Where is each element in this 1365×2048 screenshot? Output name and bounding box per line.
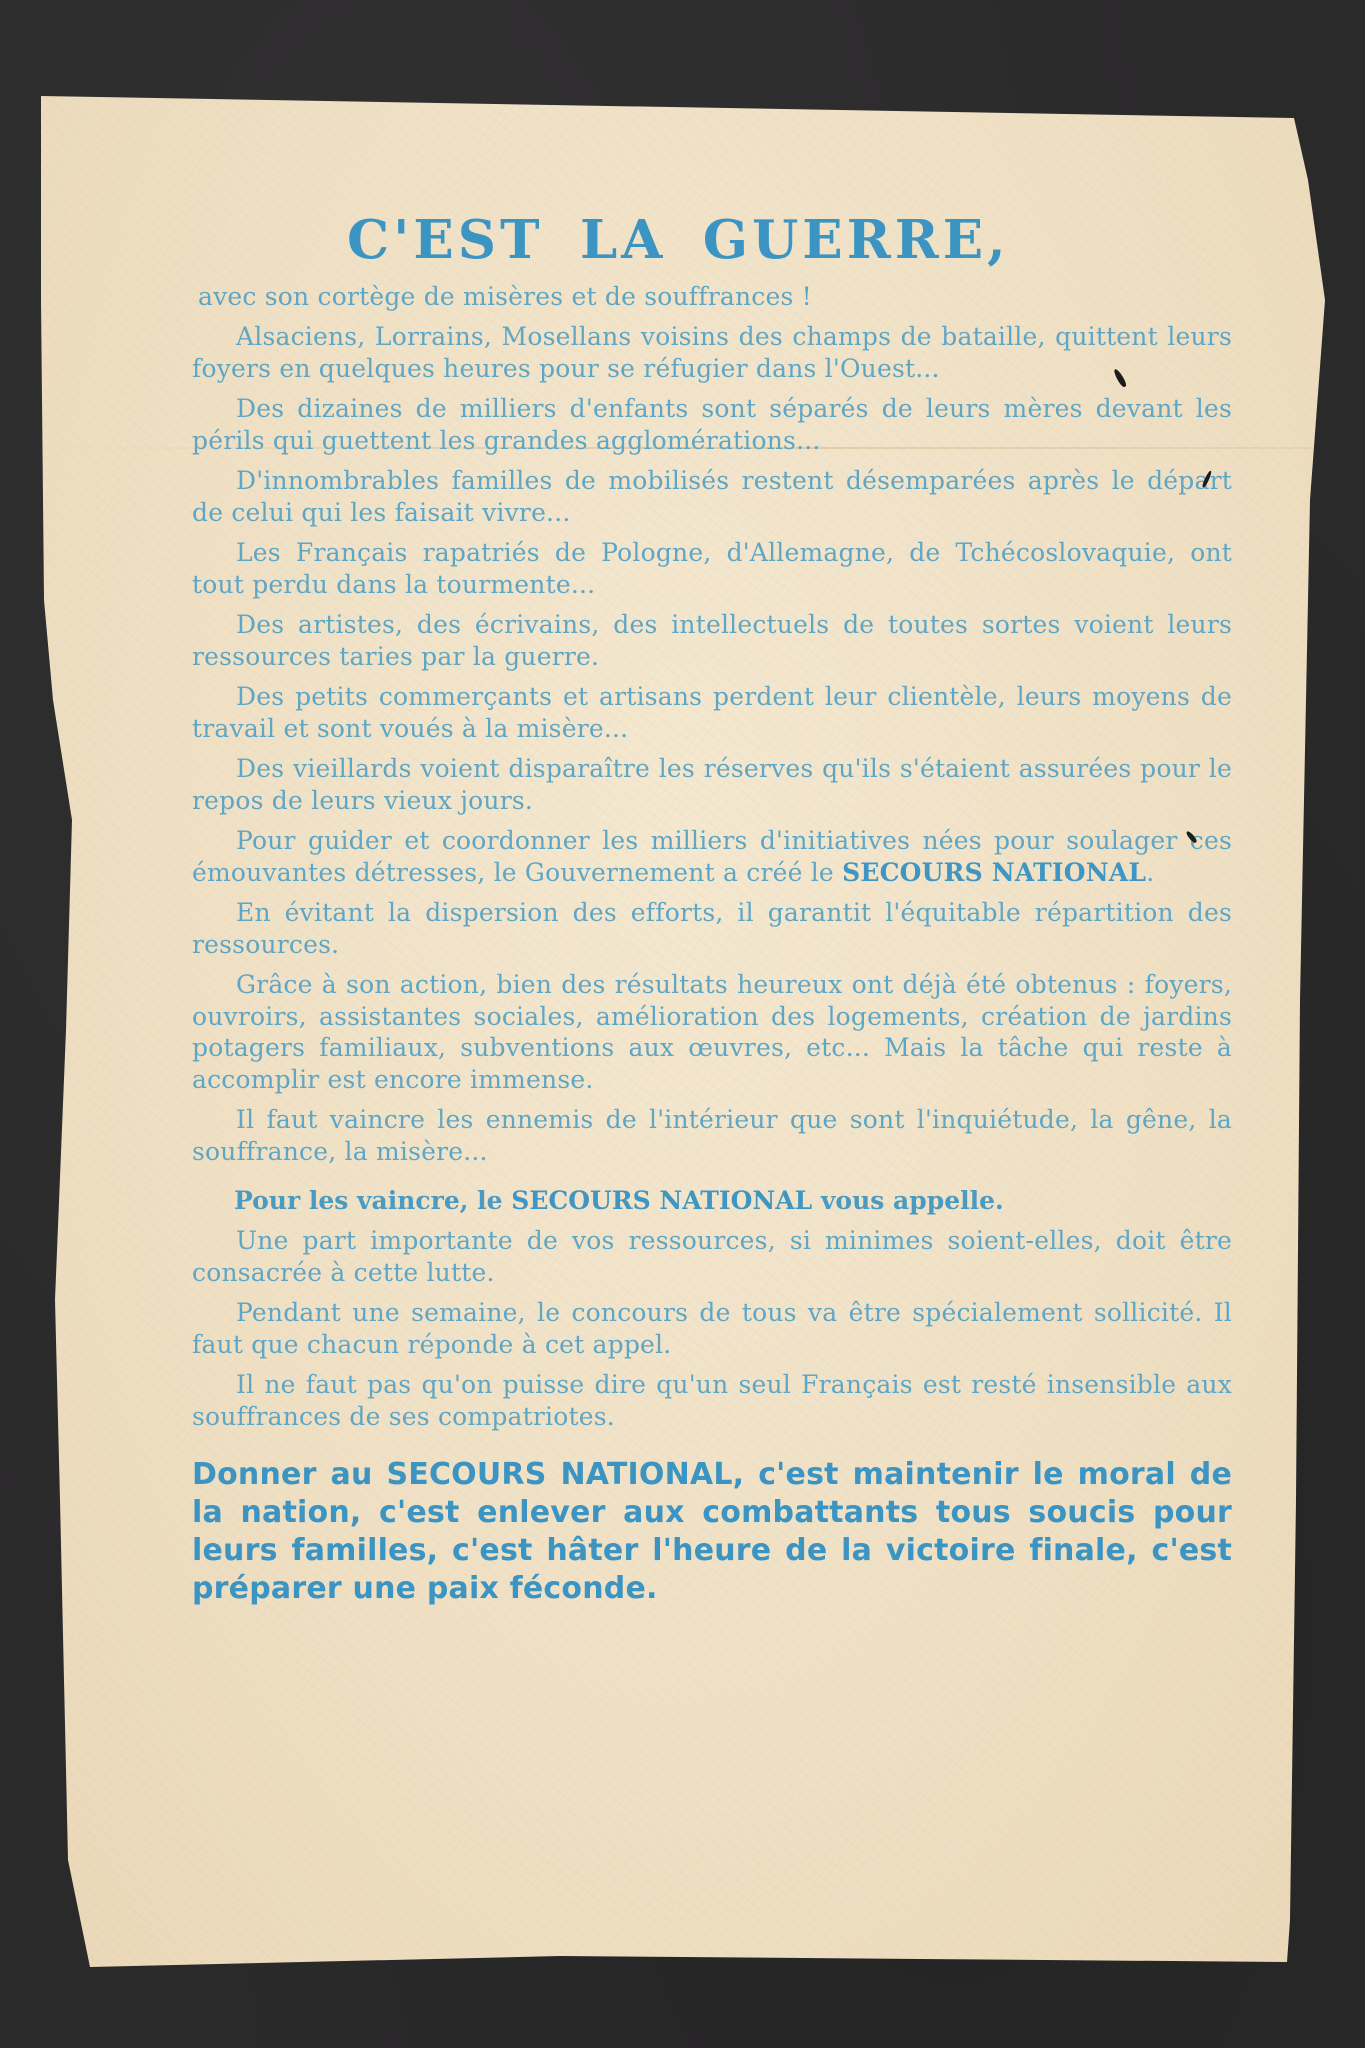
- paragraph: Des vieillards voient disparaître les ré…: [192, 753, 1232, 816]
- callout-emphasis: SECOURS NATIONAL: [511, 1186, 812, 1215]
- leaflet-content: C'EST LA GUERRE, avec son cortège de mis…: [192, 205, 1232, 1608]
- paragraph: Des dizaines de milliers d'enfants sont …: [192, 393, 1232, 456]
- paragraph: Grâce à son action, bien des résultats h…: [192, 969, 1232, 1095]
- paragraph: Il faut vaincre les ennemis de l'intérie…: [192, 1104, 1232, 1167]
- secours-national-emphasis: SECOURS NATIONAL: [842, 858, 1146, 887]
- paragraph: Une part importante de vos ressources, s…: [192, 1225, 1232, 1288]
- callout-after: vous appelle.: [821, 1186, 1004, 1215]
- paragraph: En évitant la dispersion des efforts, il…: [192, 897, 1232, 960]
- paragraph: D'innombrables familles de mobilisés res…: [192, 465, 1232, 528]
- paragraph: Il ne faut pas qu'on puisse dire qu'un s…: [192, 1369, 1232, 1432]
- paragraph: Des petits commerçants et artisans perde…: [192, 681, 1232, 744]
- paper-sheet: C'EST LA GUERRE, avec son cortège de mis…: [0, 0, 1365, 2048]
- closing-statement: Donner au SECOURS NATIONAL, c'est mainte…: [192, 1456, 1232, 1608]
- government-paragraph: Pour guider et coordonner les milliers d…: [192, 825, 1232, 888]
- government-paragraph-end: .: [1146, 858, 1154, 887]
- callout-before: Pour les vaincre, le: [234, 1186, 503, 1215]
- paragraph: Les Français rapatriés de Pologne, d'All…: [192, 537, 1232, 600]
- paragraph: Pendant une semaine, le concours de tous…: [192, 1297, 1232, 1360]
- leaflet-title: C'EST LA GUERRE,: [347, 205, 1232, 275]
- paragraph: Alsaciens, Lorrains, Mosellans voisins d…: [192, 321, 1232, 384]
- callout-line: Pour les vaincre, le SECOURS NATIONAL vo…: [234, 1185, 1232, 1216]
- paragraph: Des artistes, des écrivains, des intelle…: [192, 609, 1232, 672]
- intro-line: avec son cortège de misères et de souffr…: [198, 281, 1232, 312]
